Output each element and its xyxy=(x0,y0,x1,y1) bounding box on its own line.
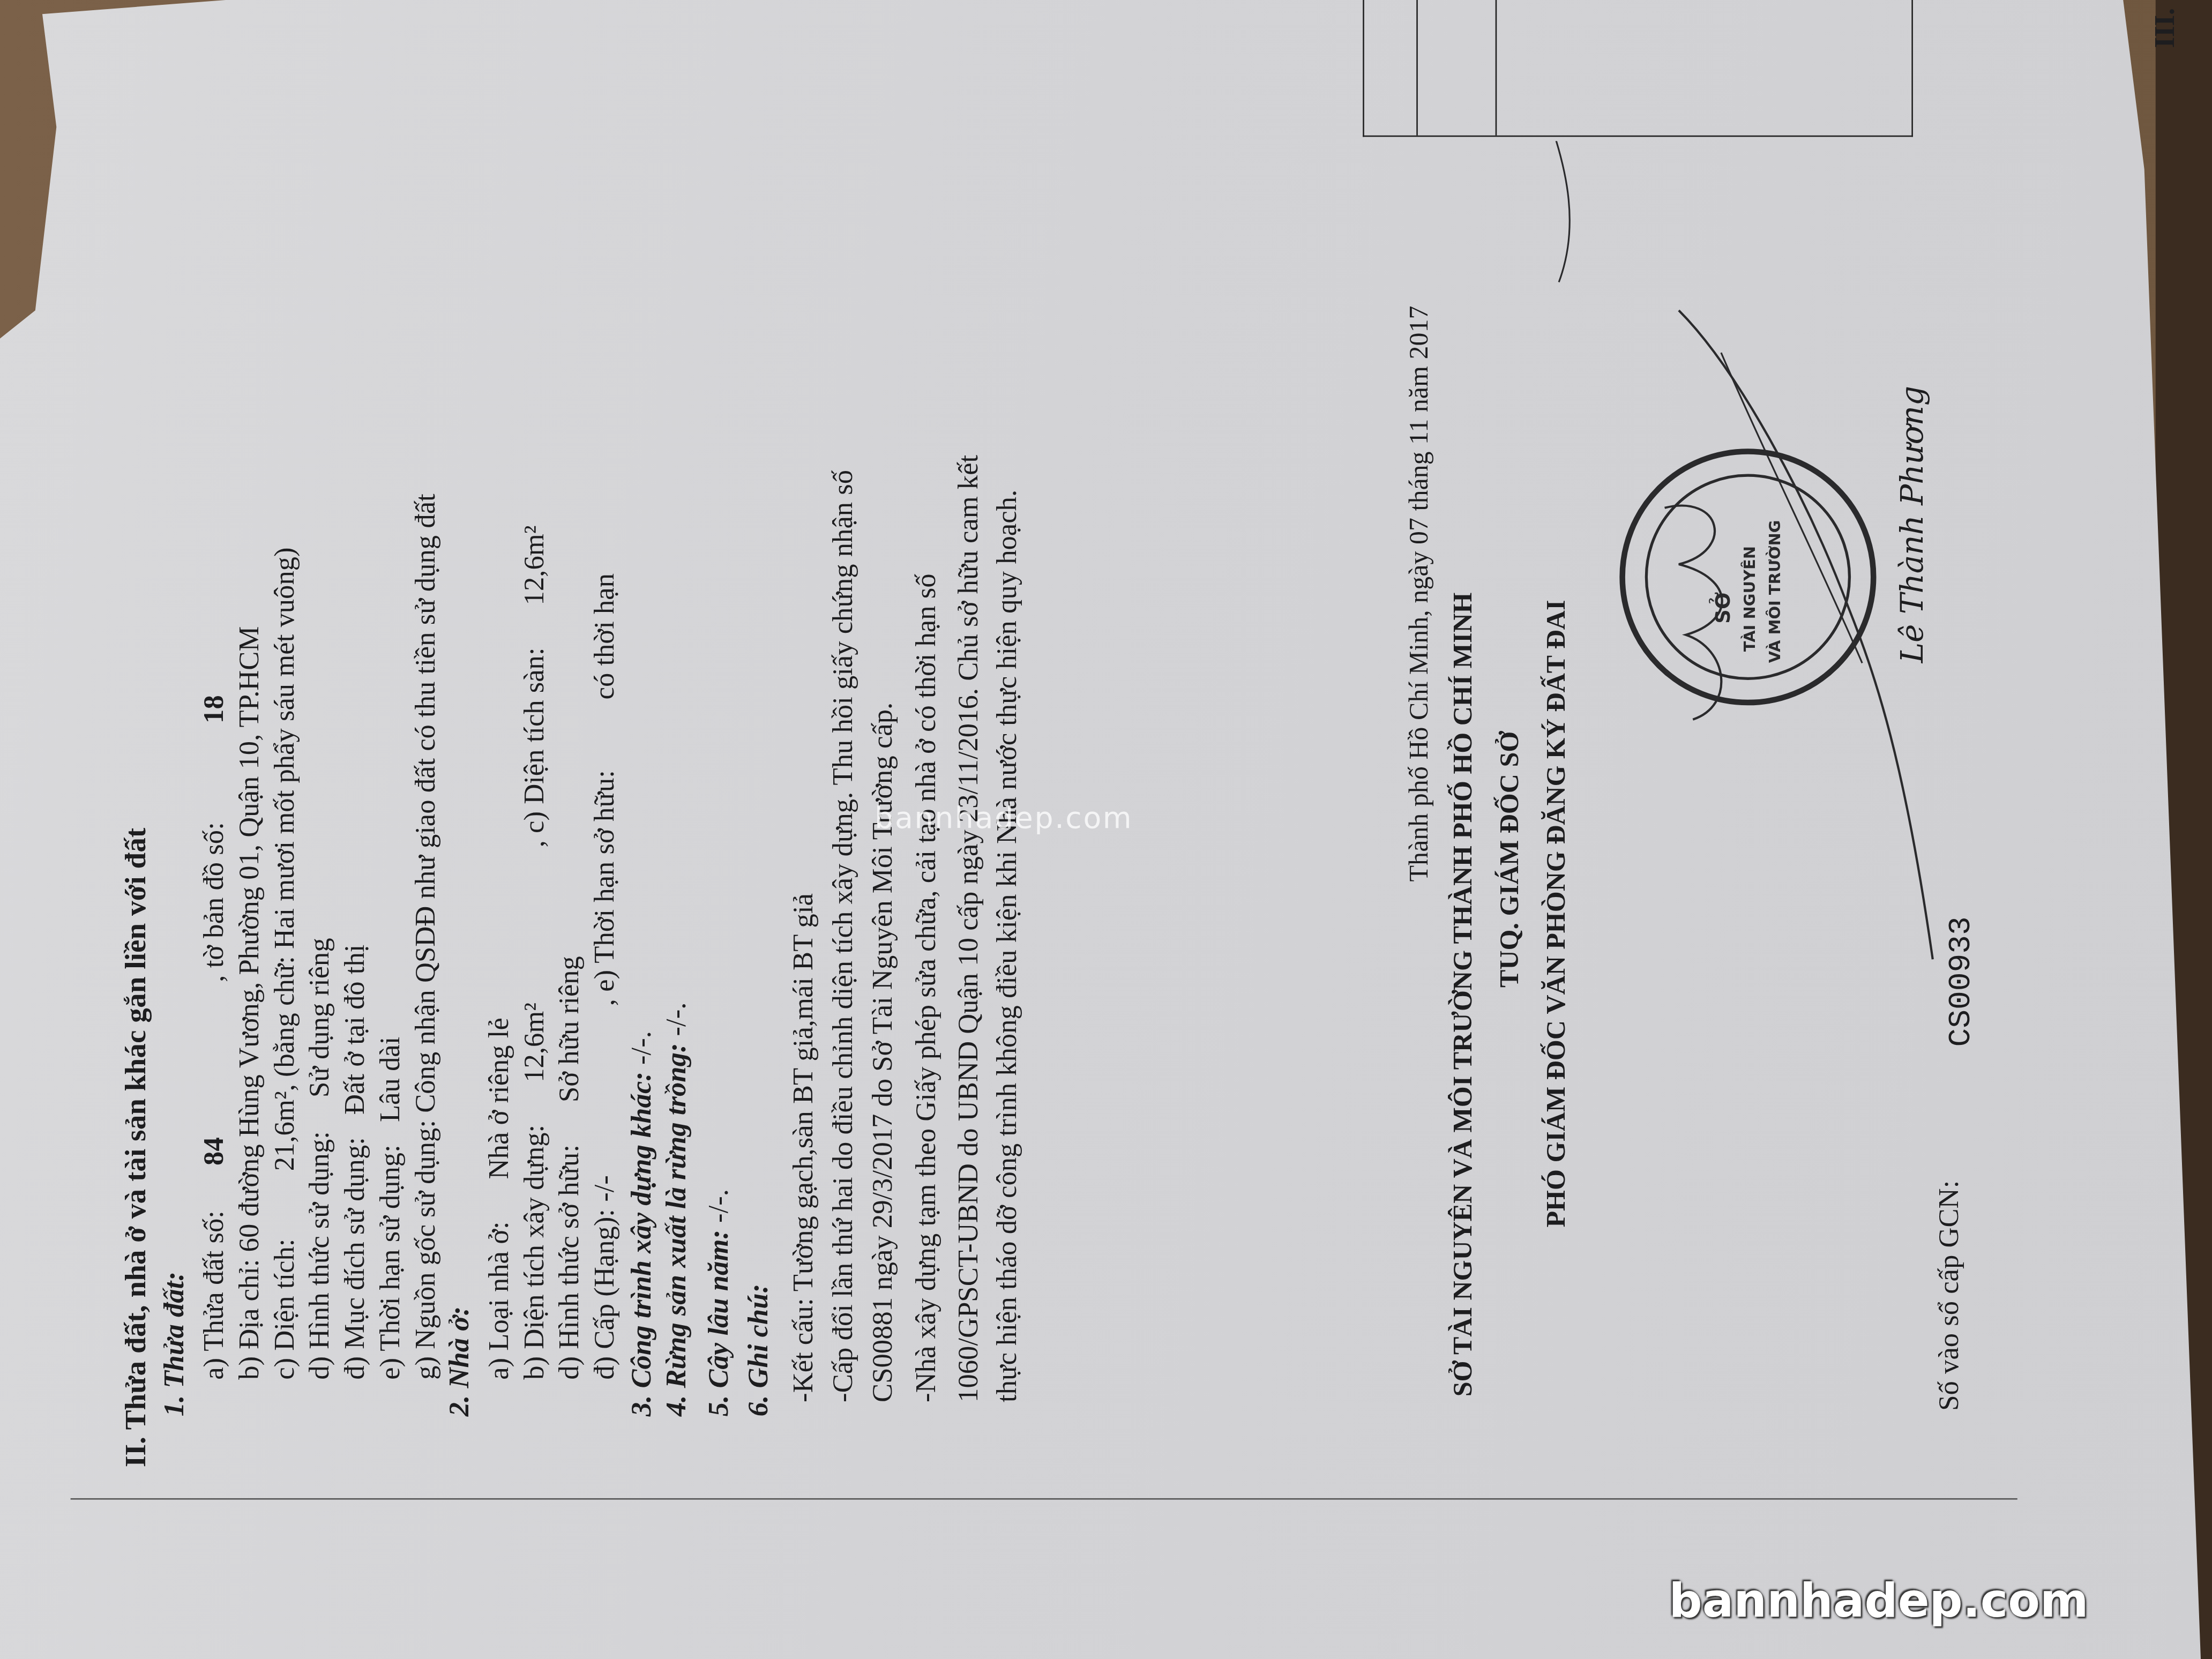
photo-stage: III. II. Thửa đất, nhà ở và tài sản khác… xyxy=(0,0,2212,1659)
house-heading: 2. Nhà ở: xyxy=(444,1306,477,1416)
house-type-label: a) Loại nhà ở: xyxy=(484,1221,515,1379)
ownership-form-value: Sở hữu riêng xyxy=(555,956,586,1102)
note-line: -Nhà xây dựng tạm theo Giấy phép sửa chữ… xyxy=(910,573,945,1402)
grade-label: đ) Cấp (Hạng): xyxy=(589,1209,621,1380)
other-construction-heading: 3. Công trình xây dựng khác: xyxy=(626,1072,657,1416)
land-purpose-row: đ) Mục đích sử dụng: Đất ở tại đô thị xyxy=(339,945,373,1380)
origin-label: g) Nguồn gốc sử dụng: xyxy=(410,1120,442,1380)
grade-value: -/- xyxy=(589,1175,621,1202)
house-type-row: a) Loại nhà ở: Nhà ở riêng lẻ xyxy=(482,1018,517,1380)
watermark-bottom-right: bannhadep.com xyxy=(1669,1573,2088,1628)
production-forest-heading: 4. Rừng sản xuất là rừng trồng: xyxy=(662,1043,693,1417)
house-type-value: Nhà ở riêng lẻ xyxy=(484,1018,515,1179)
section-heading: II. Thửa đất, nhà ở và tài sản khác gắn … xyxy=(118,828,154,1467)
notes-heading: 6. Ghi chú: xyxy=(742,1284,777,1416)
ownership-form-label: d) Hình thức sở hữu: xyxy=(555,1145,586,1380)
land-area-row: c) Diện tích: 21,6m², (bằng chữ: Hai mươ… xyxy=(268,547,303,1379)
parcel-number-value: 84 xyxy=(199,1137,230,1165)
floor-area-value: 12,6m² xyxy=(519,526,550,606)
on-behalf-line: TUQ. GIÁM ĐỐC SỞ xyxy=(1496,731,1527,988)
issuing-agency: SỞ TÀI NGUYÊN VÀ MÔI TRƯỜNG THÀNH PHỐ HỒ… xyxy=(1449,593,1480,1397)
purpose-value: Đất ở tại đô thị xyxy=(340,945,371,1115)
map-sheet-value: 18 xyxy=(199,695,230,723)
ownership-term-label: , e) Thời hạn sở hữu: xyxy=(589,770,621,1006)
registry-label: Số vào sổ cấp GCN: xyxy=(1933,1180,1968,1411)
ownership-term-value: có thời hạn xyxy=(589,573,621,700)
area-value: 21,6m², (bằng chữ: Hai mươi mốt phẩy sáu… xyxy=(270,547,301,1171)
production-forest-row: 4. Rừng sản xuất là rừng trồng: -/-. xyxy=(660,1003,695,1417)
purpose-label: đ) Mục đích sử dụng: xyxy=(340,1137,371,1380)
area-label: c) Diện tích: xyxy=(270,1239,301,1380)
origin-value: Công nhận QSDĐ như giao đất có thu tiền … xyxy=(410,494,442,1112)
land-address-row: b) Địa chỉ: 60 đường Hùng Vương, Phường … xyxy=(233,626,267,1380)
land-parcel-row: a) Thửa đất số: 84 , tờ bản đồ số: 18 xyxy=(198,695,233,1380)
term-value: Lâu dài xyxy=(375,1037,406,1122)
perennial-trees-row: 5. Cây lâu năm: -/-. xyxy=(703,1189,737,1416)
build-area-value: 12,6m² xyxy=(519,1003,550,1082)
house-build-area-row: b) Diện tích xây dựng: 12,6m² , c) Diện … xyxy=(518,526,552,1380)
note-line: 1060/GPSCT-UBND do UBND Quận 10 cấp ngày… xyxy=(952,455,987,1402)
page-divider xyxy=(71,1498,2017,1500)
map-sheet-label: , tờ bản đồ số: xyxy=(199,822,230,982)
parcel-number-label: a) Thửa đất số: xyxy=(199,1210,230,1380)
term-label: e) Thời hạn sử dụng: xyxy=(375,1145,406,1380)
signer-name: Lê Thành Phương xyxy=(1896,386,1931,663)
other-construction-row: 3. Công trình xây dựng khác: -/-. xyxy=(625,1031,660,1416)
land-term-row: e) Thời hạn sử dụng: Lâu dài xyxy=(374,1037,409,1380)
address-label: b) Địa chỉ: xyxy=(234,1259,265,1380)
house-grade-row: đ) Cấp (Hạng): -/- , e) Thời hạn sở hữu:… xyxy=(588,573,623,1380)
note-line: thực hiện tháo dỡ công trình không điều … xyxy=(990,490,1025,1402)
other-construction-value: -/-. xyxy=(626,1031,657,1065)
usage-form-label: d) Hình thức sử dụng: xyxy=(305,1131,336,1380)
land-usage-form-row: d) Hình thức sử dụng: Sử dụng riêng xyxy=(303,938,338,1380)
section-iii-marker: III. xyxy=(2150,8,2183,48)
perennial-trees-value: -/-. xyxy=(704,1189,735,1223)
note-line: -Kết cấu: Tường gạch,sàn BT giả,mái BT g… xyxy=(787,893,822,1402)
production-forest-value: -/-. xyxy=(662,1003,693,1036)
land-origin-row: g) Nguồn gốc sử dụng: Công nhận QSDĐ như… xyxy=(409,494,444,1379)
perennial-trees-heading: 5. Cây lâu năm: xyxy=(704,1230,735,1416)
land-heading: 1. Thửa đất: xyxy=(159,1272,192,1416)
issue-date-line: Thành phố Hồ Chí Minh, ngày 07 tháng 11 … xyxy=(1404,306,1439,882)
note-line: -Cấp đổi lần thứ hai do điều chỉnh diện … xyxy=(827,470,862,1402)
plan-table xyxy=(1363,0,1913,137)
build-area-label: b) Diện tích xây dựng: xyxy=(519,1125,550,1380)
usage-form-value: Sử dụng riêng xyxy=(305,938,336,1097)
registry-number: CS00933 xyxy=(1944,916,1979,1047)
house-ownership-form-row: d) Hình thức sở hữu: Sở hữu riêng xyxy=(553,956,588,1380)
watermark-center: bannhadep.com xyxy=(875,801,1133,835)
floor-area-label: , c) Diện tích sàn: xyxy=(519,647,550,847)
address-value: 60 đường Hùng Vương, Phường 01, Quận 10,… xyxy=(234,626,265,1252)
